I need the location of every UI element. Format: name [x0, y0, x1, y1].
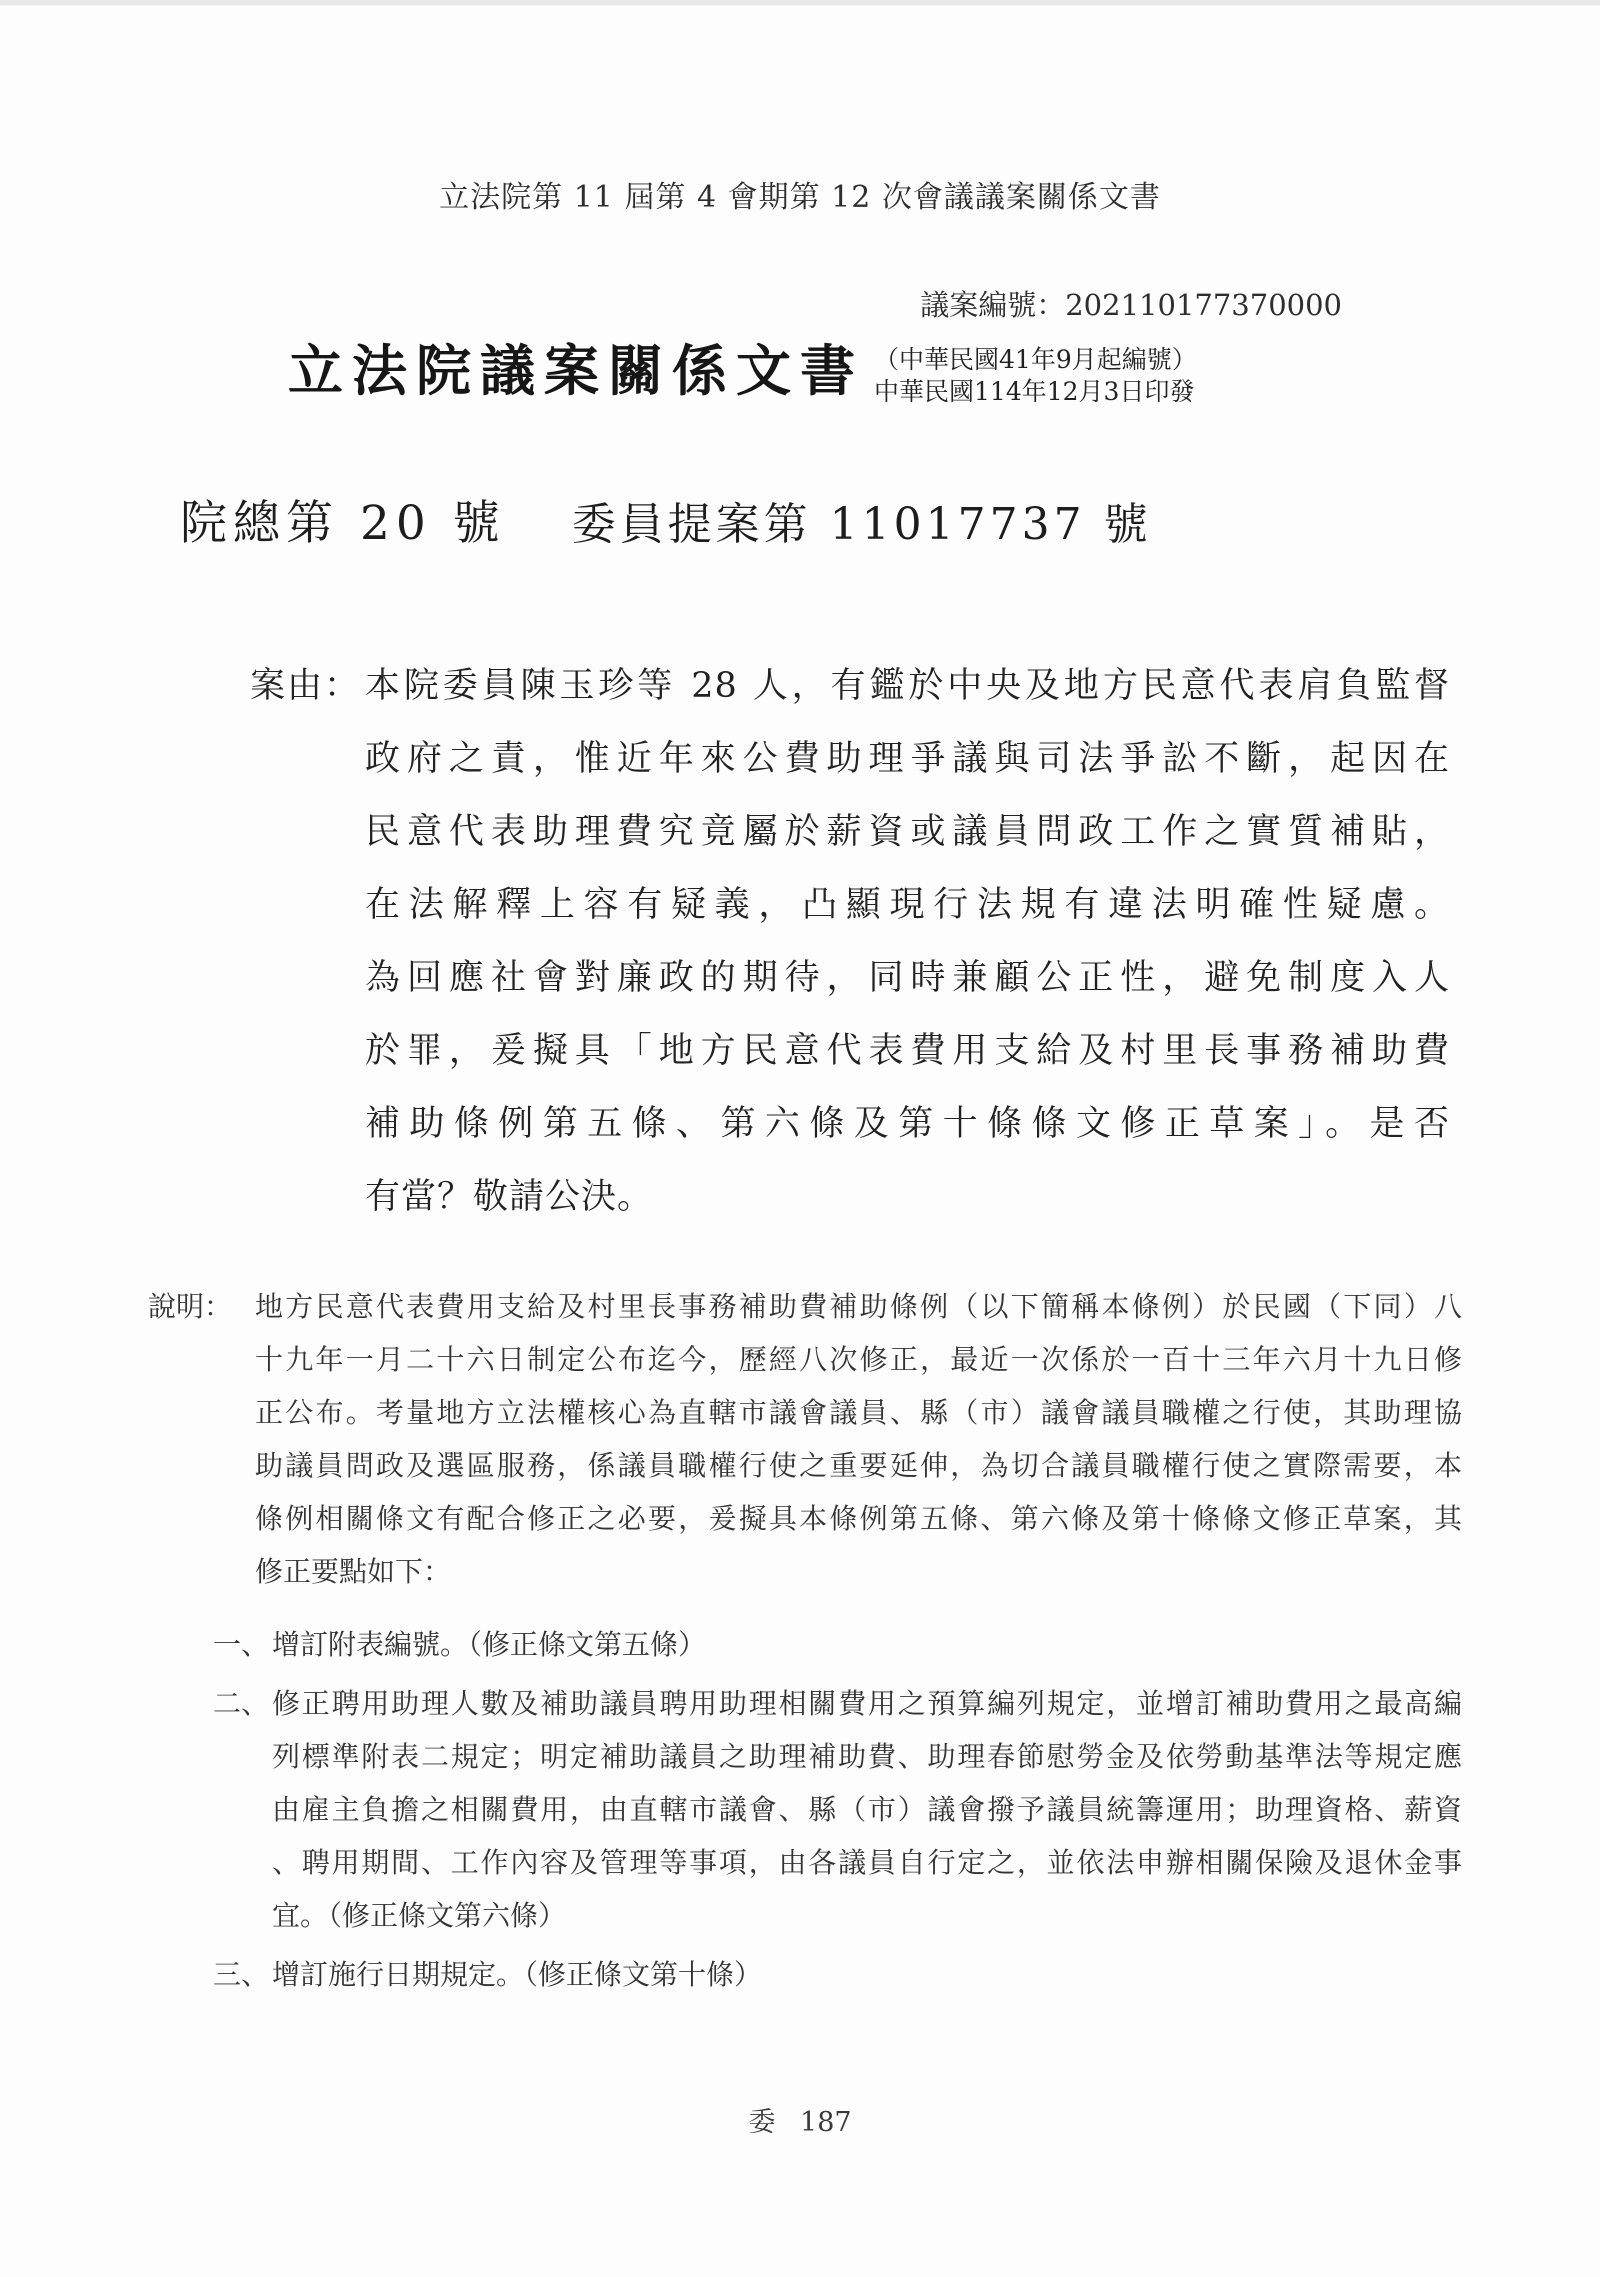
- case-line: 本院委員陳玉珍等 28 人，有鑑於中央及地方民意代表肩負監督: [365, 650, 1450, 723]
- case-line: 於罪，爰擬具「地方民意代表費用支給及村里長事務補助費: [365, 1015, 1450, 1088]
- item-line: 由雇主負擔之相關費用，由直轄市議會、縣（市）議會撥予議員統籌運用；助理資格、薪資: [272, 1783, 1462, 1836]
- amendment-point-1: 一、 增訂附表編號。（修正條文第五條）: [213, 1618, 1600, 1671]
- description-line: 助議員問政及選區服務，係議員職權行使之重要延伸，為切合議員職權行使之實際需要，本: [255, 1439, 1462, 1492]
- docket-general-number: 院總第 20 號: [180, 495, 506, 553]
- title-note-print-date: 中華民國114年12月3日印發: [874, 376, 1197, 408]
- item-line: 列標準附表二規定；明定補助議員之助理補助費、助理春節慰勞金及依勞動基準法等規定應: [272, 1730, 1462, 1783]
- case-summary-label: 案由：: [250, 650, 365, 1234]
- item-line: 增訂附表編號。（修正條文第五條）: [272, 1618, 1462, 1671]
- case-line: 為回應社會對廉政的期待，同時兼顧公正性，避免制度入人: [365, 942, 1450, 1015]
- case-line: 政府之責，惟近年來公費助理爭議與司法爭訟不斷，起因在: [365, 723, 1450, 796]
- title-note-numbering: （中華民國41年9月起編號）: [874, 344, 1197, 376]
- description-line: 正公布。考量地方立法權核心為直轄市議會議員、縣（市）議會議員職權之行使，其助理協: [255, 1386, 1462, 1439]
- item-line: 宜。（修正條文第六條）: [272, 1889, 1462, 1942]
- item-line: 增訂施行日期規定。（修正條文第十條）: [272, 1948, 1462, 2001]
- case-line: 民意代表助理費究竟屬於薪資或議員問政工作之實質補貼，: [365, 796, 1450, 869]
- description-line: 修正要點如下：: [255, 1545, 1462, 1598]
- legislative-document-page: 立法院第 11 屆第 4 會期第 12 次會議議案關係文書 議案編號：20211…: [0, 0, 1600, 2277]
- item-text: 增訂施行日期規定。（修正條文第十條）: [272, 1948, 1462, 2001]
- page-number: 委 187: [0, 2100, 1600, 2139]
- item-line: 、聘用期間、工作內容及管理等事項，由各議員自行定之，並依法申辦相關保險及退休金事: [272, 1836, 1462, 1889]
- amendment-point-3: 三、 增訂施行日期規定。（修正條文第十條）: [213, 1948, 1600, 2001]
- scan-edge-strip: [0, 0, 1600, 6]
- description-line: 十九年一月二十六日制定公布迄今，歷經八次修正，最近一次係於一百十三年六月十九日修: [255, 1333, 1462, 1386]
- session-header: 立法院第 11 屆第 4 會期第 12 次會議議案關係文書: [0, 181, 1600, 215]
- description-intro-text: 地方民意代表費用支給及村里長事務補助費補助條例（以下簡稱本條例）於民國（下同）八…: [255, 1280, 1462, 1598]
- item-marker: 二、: [213, 1677, 272, 1942]
- item-text: 修正聘用助理人數及補助議員聘用助理相關費用之預算編列規定，並增訂補助費用之最高編…: [272, 1677, 1462, 1942]
- case-line: 有當？敬請公決。: [365, 1161, 1450, 1234]
- description-line: 條例相關條文有配合修正之必要，爰擬具本條例第五條、第六條及第十條條文修正草案，其: [255, 1492, 1462, 1545]
- item-marker: 一、: [213, 1618, 272, 1671]
- item-text: 增訂附表編號。（修正條文第五條）: [272, 1618, 1462, 1671]
- case-line: 在法解釋上容有疑義，凸顯現行法規有違法明確性疑慮。: [365, 869, 1450, 942]
- description-line: 地方民意代表費用支給及村里長事務補助費補助條例（以下簡稱本條例）於民國（下同）八: [255, 1280, 1462, 1333]
- description-section: 說明： 地方民意代表費用支給及村里長事務補助費補助條例（以下簡稱本條例）於民國（…: [148, 1280, 1600, 2001]
- item-marker: 三、: [213, 1948, 272, 2001]
- item-line: 修正聘用助理人數及補助議員聘用助理相關費用之預算編列規定，並增訂補助費用之最高編: [272, 1677, 1462, 1730]
- case-summary-section: 案由： 本院委員陳玉珍等 28 人，有鑑於中央及地方民意代表肩負監督 政府之責，…: [250, 650, 1600, 1234]
- docket-proposal-number: 委員提案第 11017737 號: [572, 488, 1152, 552]
- document-title: 立法院議案關係文書: [288, 340, 864, 402]
- amendment-point-2: 二、 修正聘用助理人數及補助議員聘用助理相關費用之預算編列規定，並增訂補助費用之…: [213, 1677, 1600, 1942]
- description-intro: 說明： 地方民意代表費用支給及村里長事務補助費補助條例（以下簡稱本條例）於民國（…: [148, 1280, 1600, 1598]
- title-row: 立法院議案關係文書 （中華民國41年9月起編號） 中華民國114年12月3日印發: [288, 340, 1600, 408]
- case-line: 補助條例第五條、第六條及第十條條文修正草案」。是否: [365, 1088, 1450, 1161]
- description-label: 說明：: [148, 1280, 255, 1598]
- docket-row: 院總第 20 號 委員提案第 11017737 號: [180, 488, 1600, 553]
- title-notes: （中華民國41年9月起編號） 中華民國114年12月3日印發: [874, 344, 1197, 408]
- bill-number: 議案編號：202110177370000: [0, 288, 1600, 322]
- case-summary-text: 本院委員陳玉珍等 28 人，有鑑於中央及地方民意代表肩負監督 政府之責，惟近年來…: [365, 650, 1450, 1234]
